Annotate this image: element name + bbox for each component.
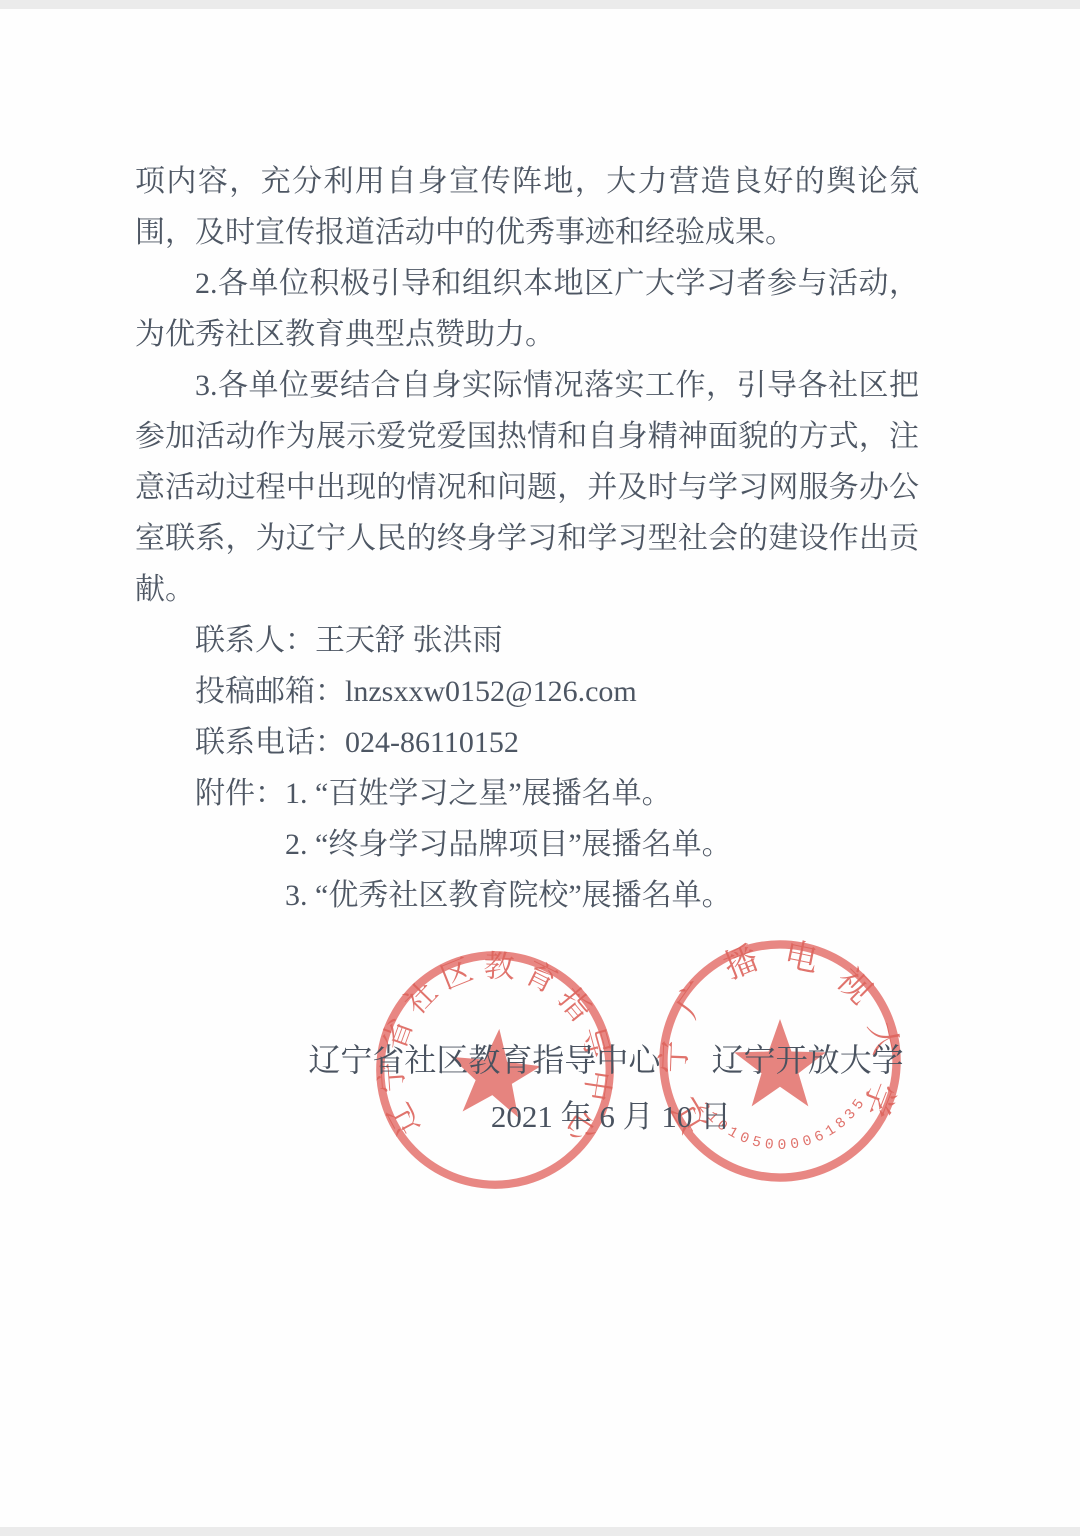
signature-org-2: 辽宁开放大学 xyxy=(712,1042,904,1078)
signature-block: 辽宁省社区教育指导中心 辽宁广播电视大学 210105000061835 辽宁省… xyxy=(0,0,1080,1536)
scan-edge-bottom xyxy=(0,1527,1080,1536)
document-page: 项内容，充分利用自身宣传阵地，大力营造良好的舆论氛围，及时宣传报道活动中的优秀事… xyxy=(0,0,1080,1536)
signature-date: 2021 年 6 月 10 日 xyxy=(0,1091,1080,1136)
signature-org-1: 辽宁省社区教育指导中心 xyxy=(308,1042,660,1078)
signature-org-line: 辽宁省社区教育指导中心辽宁开放大学 xyxy=(0,1035,1080,1081)
